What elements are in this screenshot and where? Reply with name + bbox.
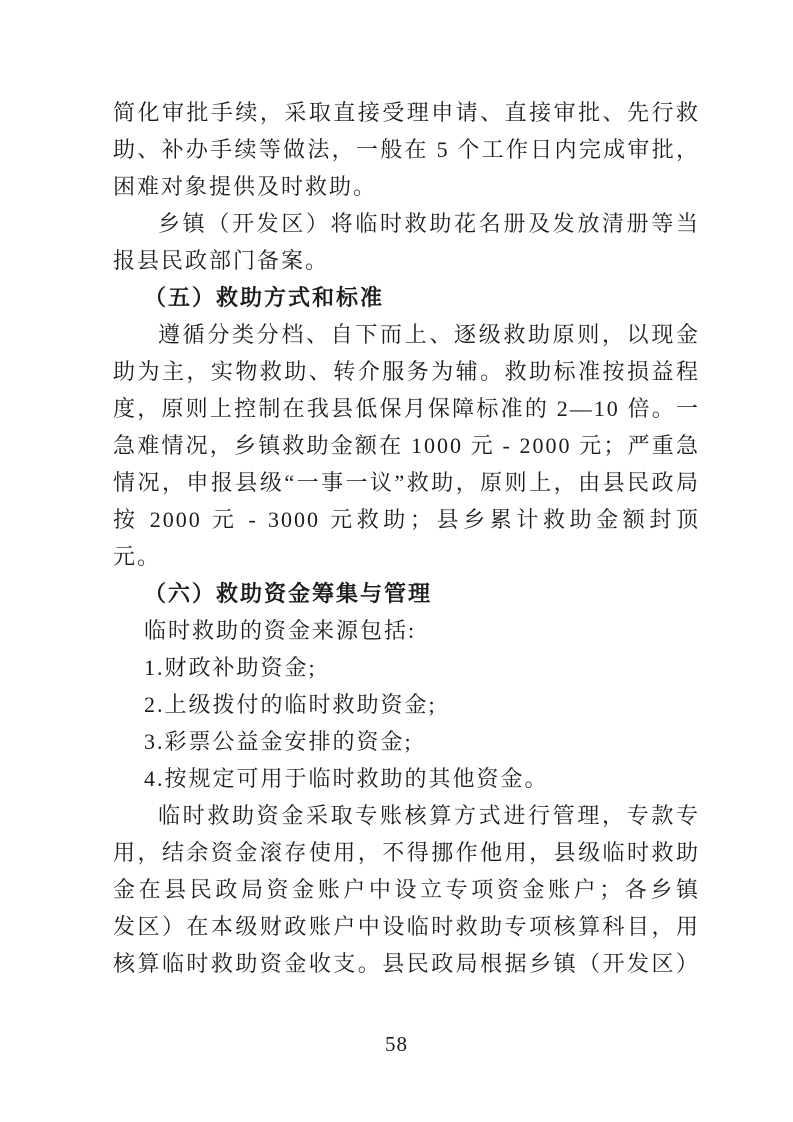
text-line: 助为主，实物救助、转介服务为辅。救助标准按损益程 (113, 353, 700, 390)
text-line: 简化审批手续，采取直接受理申请、直接审批、先行救 (113, 94, 700, 131)
text-line: 临时救助的资金来源包括: (113, 612, 700, 649)
text-line: 金在县民政局资金账户中设立专项资金账户；各乡镇（开 (113, 871, 700, 908)
text-line: 急难情况，乡镇救助金额在 1000 元 - 2000 元；严重急难 (113, 427, 700, 464)
document-body: 简化审批手续，采取直接受理申请、直接审批、先行救助、补办手续等做法，一般在 5 … (113, 94, 700, 982)
text-line: 情况，申报县级“一事一议”救助，原则上，由县民政局 (113, 464, 700, 501)
text-line: 困难对象提供及时救助。 (113, 168, 700, 205)
text-line: 2.上级拨付的临时救助资金; (113, 686, 700, 723)
text-line: 3.彩票公益金安排的资金; (113, 723, 700, 760)
section-heading: （五）救助方式和标准 (113, 279, 700, 316)
text-line: 核算临时救助资金收支。县民政局根据乡镇（开发区）人 (113, 945, 700, 982)
text-line: 临时救助资金采取专账核算方式进行管理，专款专 (113, 797, 700, 834)
section-heading: （六）救助资金筹集与管理 (113, 575, 700, 612)
text-line: 1.财政补助资金; (113, 649, 700, 686)
text-line: 发区）在本级财政账户中设临时救助专项核算科目，用于 (113, 908, 700, 945)
text-line: 遵循分类分档、自下而上、逐级救助原则，以现金救 (113, 316, 700, 353)
text-line: 用，结余资金滚存使用，不得挪作他用，县级临时救助资 (113, 834, 700, 871)
text-line: 报县民政部门备案。 (113, 242, 700, 279)
page-number: 58 (0, 1030, 793, 1058)
text-line: 按 2000 元 - 3000 元救助；县乡累计救助金额封顶 5000 (113, 501, 700, 538)
text-line: 元。 (113, 538, 700, 575)
text-line: 度，原则上控制在我县低保月保障标准的 2—10 倍。一般 (113, 390, 700, 427)
text-line: 乡镇（开发区）将临时救助花名册及发放清册等当月 (113, 205, 700, 242)
text-line: 助、补办手续等做法，一般在 5 个工作日内完成审批，为 (113, 131, 700, 168)
text-line: 4.按规定可用于临时救助的其他资金。 (113, 760, 700, 797)
document-page: 简化审批手续，采取直接受理申请、直接审批、先行救助、补办手续等做法，一般在 5 … (0, 0, 793, 1122)
